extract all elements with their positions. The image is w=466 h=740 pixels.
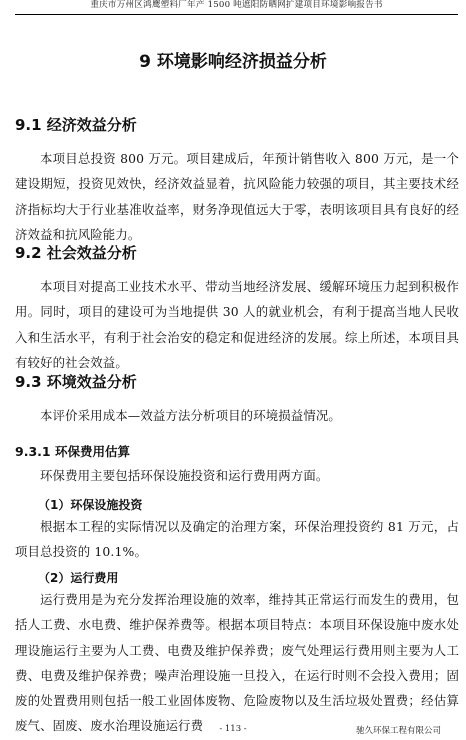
paragraph-cost-intro: 环保费用主要包括环保设施投资和运行费用两方面。 (15, 463, 459, 488)
paragraph-social-benefit: 本项目对提高工业技术水平、带动当地经济发展、缓解环境压力起到积极作用。同时，项目… (15, 274, 459, 375)
item-heading-facility-investment: （1）环保设施投资 (38, 496, 142, 514)
footer-company: 驰久环保工程有限公司 (356, 724, 441, 736)
paragraph-operating-cost: 运行费用是为充分发挥治理设施的效率，维持其正常运行而发生的费用，包括人工费、水电… (15, 587, 459, 739)
paragraph-facility-investment: 根据本工程的实际情况以及确定的治理方案，环保治理投资约 81 万元，占项目总投资… (15, 514, 459, 565)
subsection-heading-9-3-1: 9.3.1 环保费用估算 (15, 443, 130, 461)
section-heading-9-3: 9.3 环境效益分析 (15, 372, 137, 392)
paragraph-economic-benefit: 本项目总投资 800 万元。项目建成后，年预计销售收入 800 万元，是一个建设… (15, 146, 459, 247)
running-header: 重庆市万州区鸿鹰塑料厂年产 1500 吨遮阳防晒网扩建项目环境影响报告书 (15, 0, 458, 15)
section-heading-9-2: 9.2 社会效益分析 (15, 243, 137, 263)
chapter-title: 9 环境影响经济损益分析 (0, 50, 466, 74)
item-heading-operating-cost: （2）运行费用 (38, 569, 118, 587)
paragraph-environmental-benefit: 本评价采用成本—效益方法分析项目的环境损益情况。 (15, 403, 459, 428)
section-heading-9-1: 9.1 经济效益分析 (15, 115, 137, 135)
